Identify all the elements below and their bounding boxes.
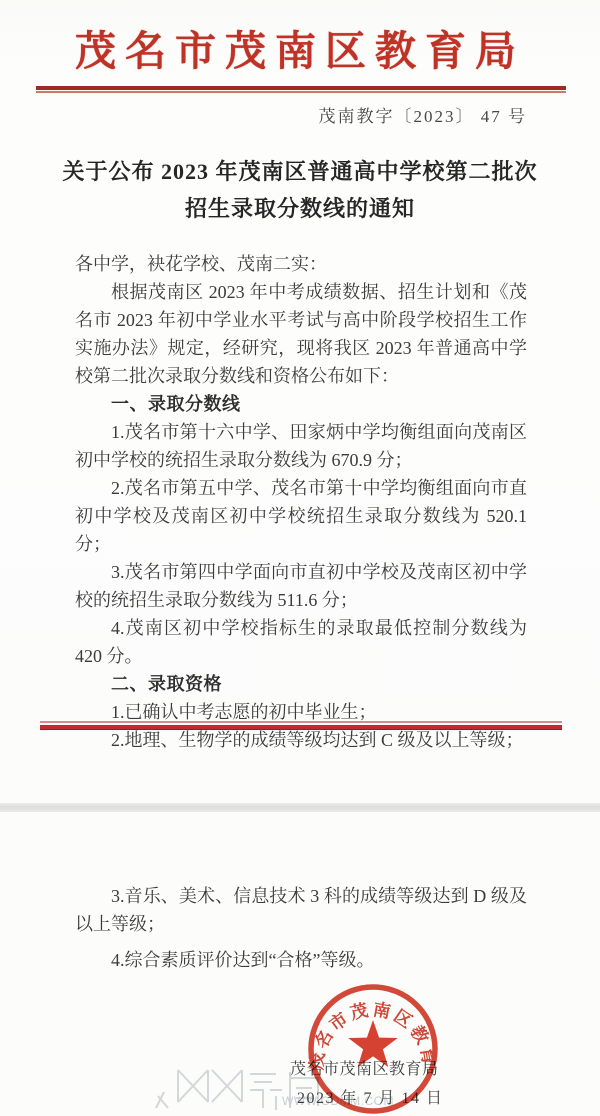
list-item: 4.茂南区初中学校指标生的录取最低控制分数线为 420 分。 xyxy=(75,614,527,670)
page1-footer-rule-thin xyxy=(40,721,562,723)
seal-star-icon xyxy=(348,1020,397,1067)
letterhead-rule-thin xyxy=(36,91,566,93)
page1-footer-rule xyxy=(40,721,562,731)
section1-heading: 一、录取分数线 xyxy=(75,390,527,418)
intro-paragraph: 根据茂南区 2023 年中考成绩数据、招生计划和《茂名市 2023 年初中学业水… xyxy=(75,278,527,390)
list-item: 4.综合素质评价达到“合格”等级。 xyxy=(75,946,527,974)
section2-heading: 二、录取资格 xyxy=(75,670,527,698)
notice-title: 关于公布 2023 年茂南区普通高中学校第二批次 招生录取分数线的通知 xyxy=(30,153,570,227)
list-item: 3.音乐、美术、信息技术 3 科的成绩等级达到 D 级及以上等级； xyxy=(75,882,527,938)
notice-title-line2: 招生录取分数线的通知 xyxy=(30,190,570,227)
page-seam-divider xyxy=(0,803,600,812)
page1-footer-rule-thick xyxy=(40,725,562,730)
notice-title-line1: 关于公布 2023 年茂南区普通高中学校第二批次 xyxy=(30,153,570,190)
scanned-official-document: 茂名市茂南区教育局 茂南教字〔2023〕 47 号 关于公布 2023 年茂南区… xyxy=(0,0,600,1116)
official-seal: 茂名市茂南区教育局 xyxy=(306,982,440,1116)
letterhead-rule xyxy=(36,86,566,94)
list-item: 3.茂名市第四中学面向市直初中学校及茂南区初中学校的统招生录取分数线为 511.… xyxy=(75,558,527,614)
agency-letterhead: 茂名市茂南区教育局 xyxy=(0,18,600,77)
document-number: 茂南教字〔2023〕 47 号 xyxy=(319,102,528,127)
list-item: 1.茂名市第十六中学、田家炳中学均衡组面向茂南区初中学校的统招生录取分数线为 6… xyxy=(75,418,527,474)
document-body-page2: 3.音乐、美术、信息技术 3 科的成绩等级达到 D 级及以上等级； 4.综合素质… xyxy=(75,882,527,974)
salutation: 各中学，袂花学校、茂南二实： xyxy=(75,250,527,278)
document-body-page1: 各中学，袂花学校、茂南二实： 根据茂南区 2023 年中考成绩数据、招生计划和《… xyxy=(75,250,527,754)
list-item: 2.茂名市第五中学、茂名市第十中学均衡组面向市直初中学校及茂南区初中学校统招生录… xyxy=(75,474,527,558)
letterhead-rule-thick xyxy=(36,86,566,90)
